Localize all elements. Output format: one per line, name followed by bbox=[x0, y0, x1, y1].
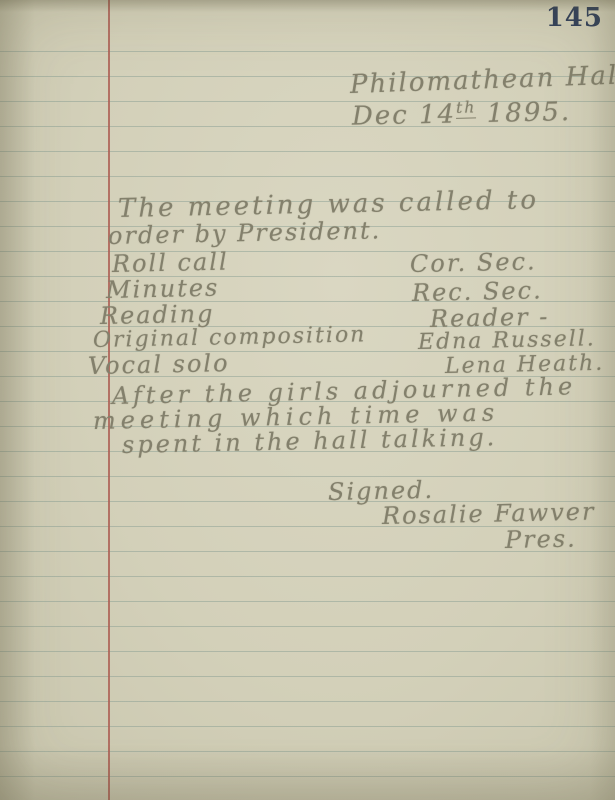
ledger-page: 145 Philomathean Hall- Dec 14th 1895. Th… bbox=[0, 0, 615, 800]
heading-date-day: Dec 14 bbox=[352, 99, 457, 131]
heading-location: Philomathean Hall- bbox=[349, 60, 615, 100]
margin-line bbox=[108, 0, 110, 800]
heading-date-ordinal: th bbox=[456, 98, 477, 118]
program-item: Vocal solo bbox=[88, 349, 230, 380]
heading-date: Dec 14th 1895. bbox=[352, 96, 572, 131]
signature-title: Pres. bbox=[505, 524, 577, 553]
heading-date-year: 1895. bbox=[476, 97, 571, 129]
minutes-opening-line-2: order by President. bbox=[108, 216, 382, 250]
page-number: 145 bbox=[546, 3, 603, 33]
program-respondent: Cor. Sec. bbox=[410, 247, 537, 278]
